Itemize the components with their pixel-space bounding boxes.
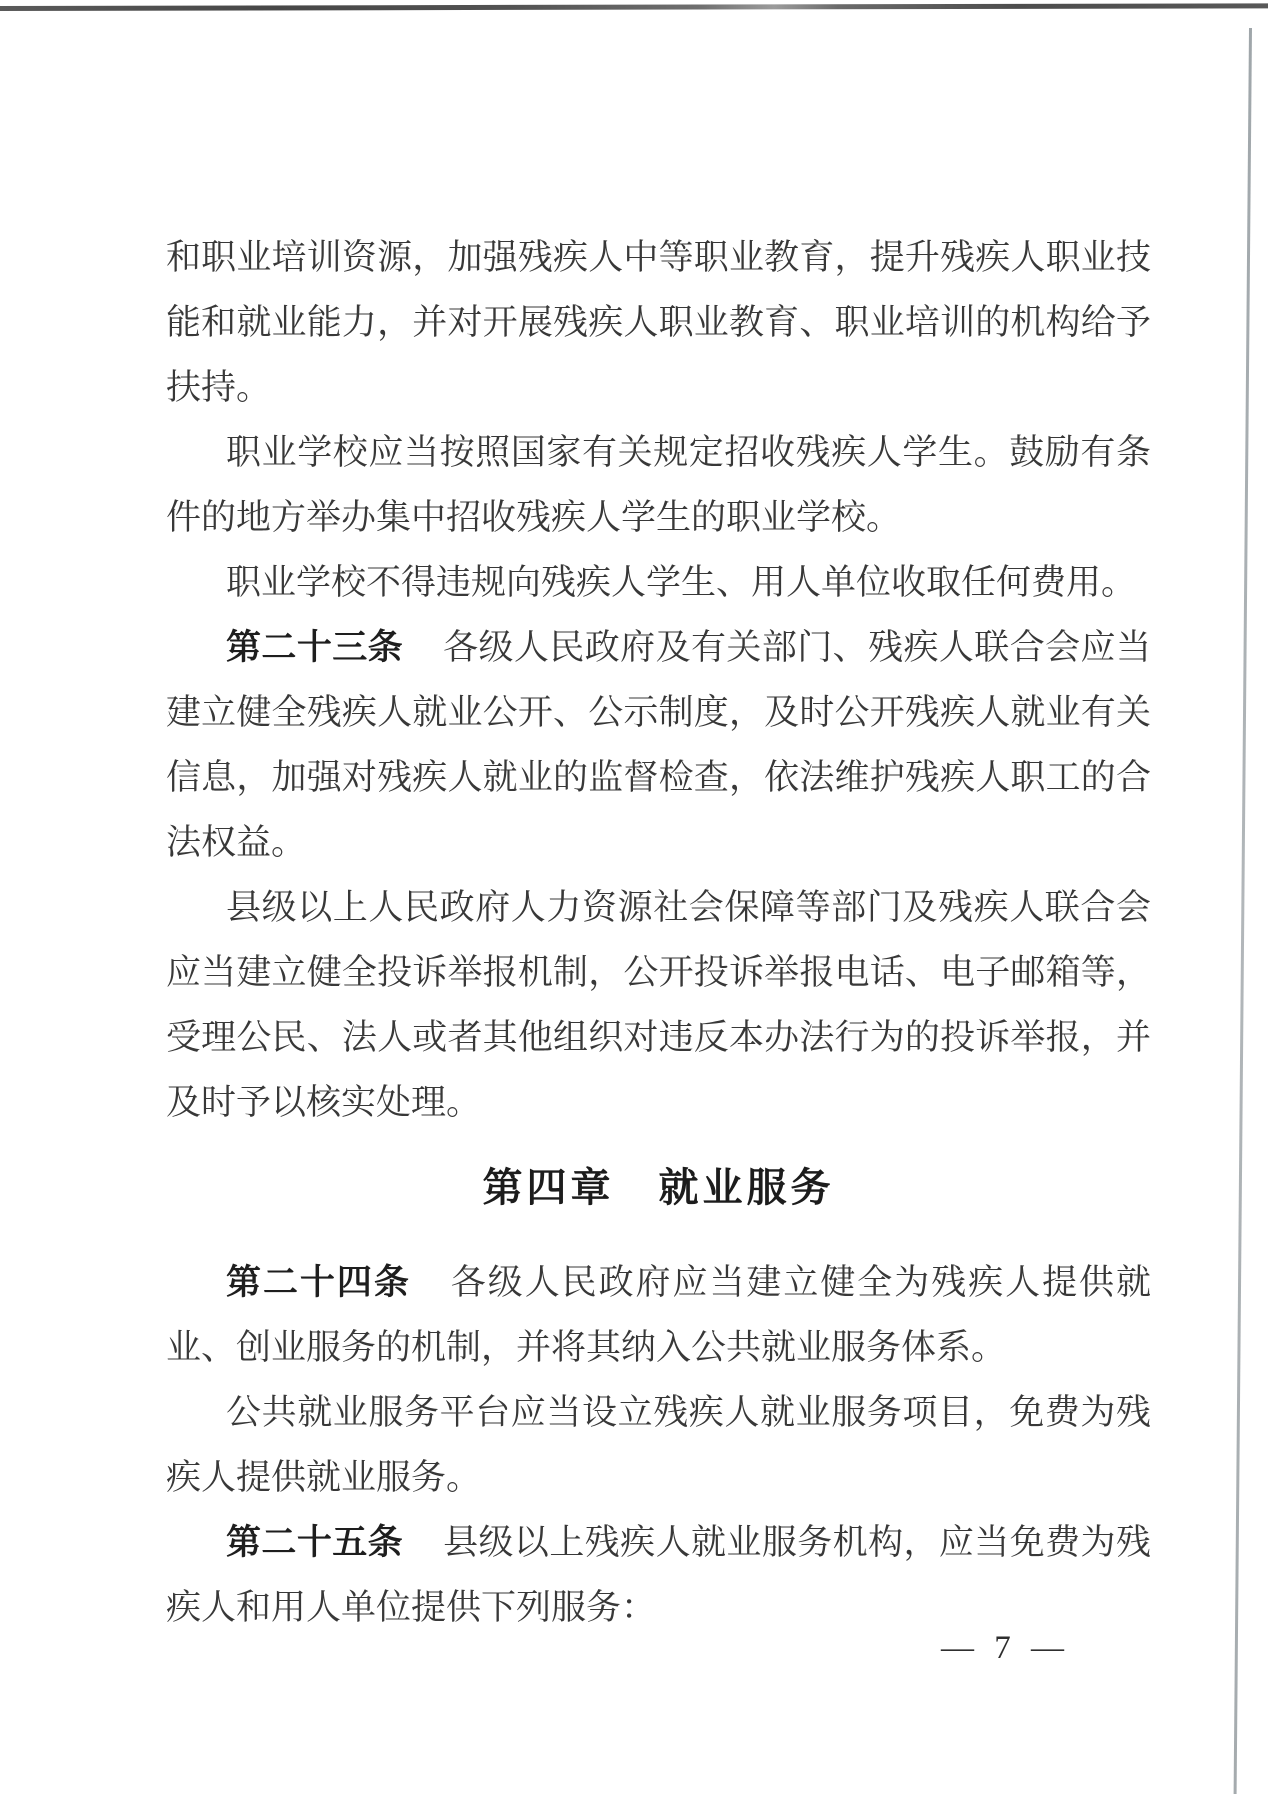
text-line: 能和就业能力，并对开展残疾人职业教育、职业培训的机构给予 (166, 290, 1151, 355)
text-line: 信息，加强对残疾人就业的监督检查，依法维护残疾人职工的合 (166, 745, 1151, 810)
article-25-text: 县级以上残疾人就业服务机构，应当免费为残 (443, 1523, 1151, 1562)
text-line: 应当建立健全投诉举报机制，公开投诉举报电话、电子邮箱等， (166, 940, 1151, 1005)
text-line: 建立健全残疾人就业公开、公示制度，及时公开残疾人就业有关 (166, 680, 1151, 745)
text-line: 和职业培训资源，加强残疾人中等职业教育，提升残疾人职业技 (166, 225, 1151, 290)
article-25-first-line: 第二十五条县级以上残疾人就业服务机构，应当免费为残 (166, 1510, 1151, 1575)
article-23-first-line: 第二十三条各级人民政府及有关部门、残疾人联合会应当 (166, 615, 1151, 680)
text-line: 县级以上人民政府人力资源社会保障等部门及残疾人联合会 (166, 875, 1151, 940)
text-line: 受理公民、法人或者其他组织对违反本办法行为的投诉举报，并 (166, 1005, 1151, 1070)
text-line: 职业学校应当按照国家有关规定招收残疾人学生。鼓励有条 (166, 420, 1151, 485)
text-line: 件的地方举办集中招收残疾人学生的职业学校。 (166, 485, 1151, 550)
scan-top-edge-line (0, 3, 1268, 11)
text-line: 公共就业服务平台应当设立残疾人就业服务项目，免费为残 (166, 1380, 1151, 1445)
chapter-heading: 第四章 就业服务 (166, 1155, 1151, 1220)
article-23-number: 第二十三条 (226, 628, 403, 667)
text-line: 扶持。 (166, 355, 1151, 420)
text-line: 业、创业服务的机制，并将其纳入公共就业服务体系。 (166, 1315, 1151, 1380)
document-body: 和职业培训资源，加强残疾人中等职业教育，提升残疾人职业技 能和就业能力，并对开展… (166, 225, 1151, 1640)
article-24-number: 第二十四条 (226, 1263, 411, 1302)
article-23-text: 各级人民政府及有关部门、残疾人联合会应当 (443, 628, 1151, 667)
scanned-document-page: { "page": { "number_label": "— 7 —" }, "… (0, 0, 1268, 1794)
page-number: — 7 — (941, 1630, 1070, 1667)
article-24-text: 各级人民政府应当建立健全为残疾人提供就 (451, 1263, 1151, 1302)
text-line: 法权益。 (166, 810, 1151, 875)
text-line: 职业学校不得违规向残疾人学生、用人单位收取任何费用。 (166, 550, 1151, 615)
article-24-first-line: 第二十四条各级人民政府应当建立健全为残疾人提供就 (166, 1250, 1151, 1315)
scan-right-edge-line (1234, 28, 1252, 1794)
text-line: 疾人提供就业服务。 (166, 1445, 1151, 1510)
text-line: 及时予以核实处理。 (166, 1070, 1151, 1135)
article-25-number: 第二十五条 (226, 1523, 403, 1562)
